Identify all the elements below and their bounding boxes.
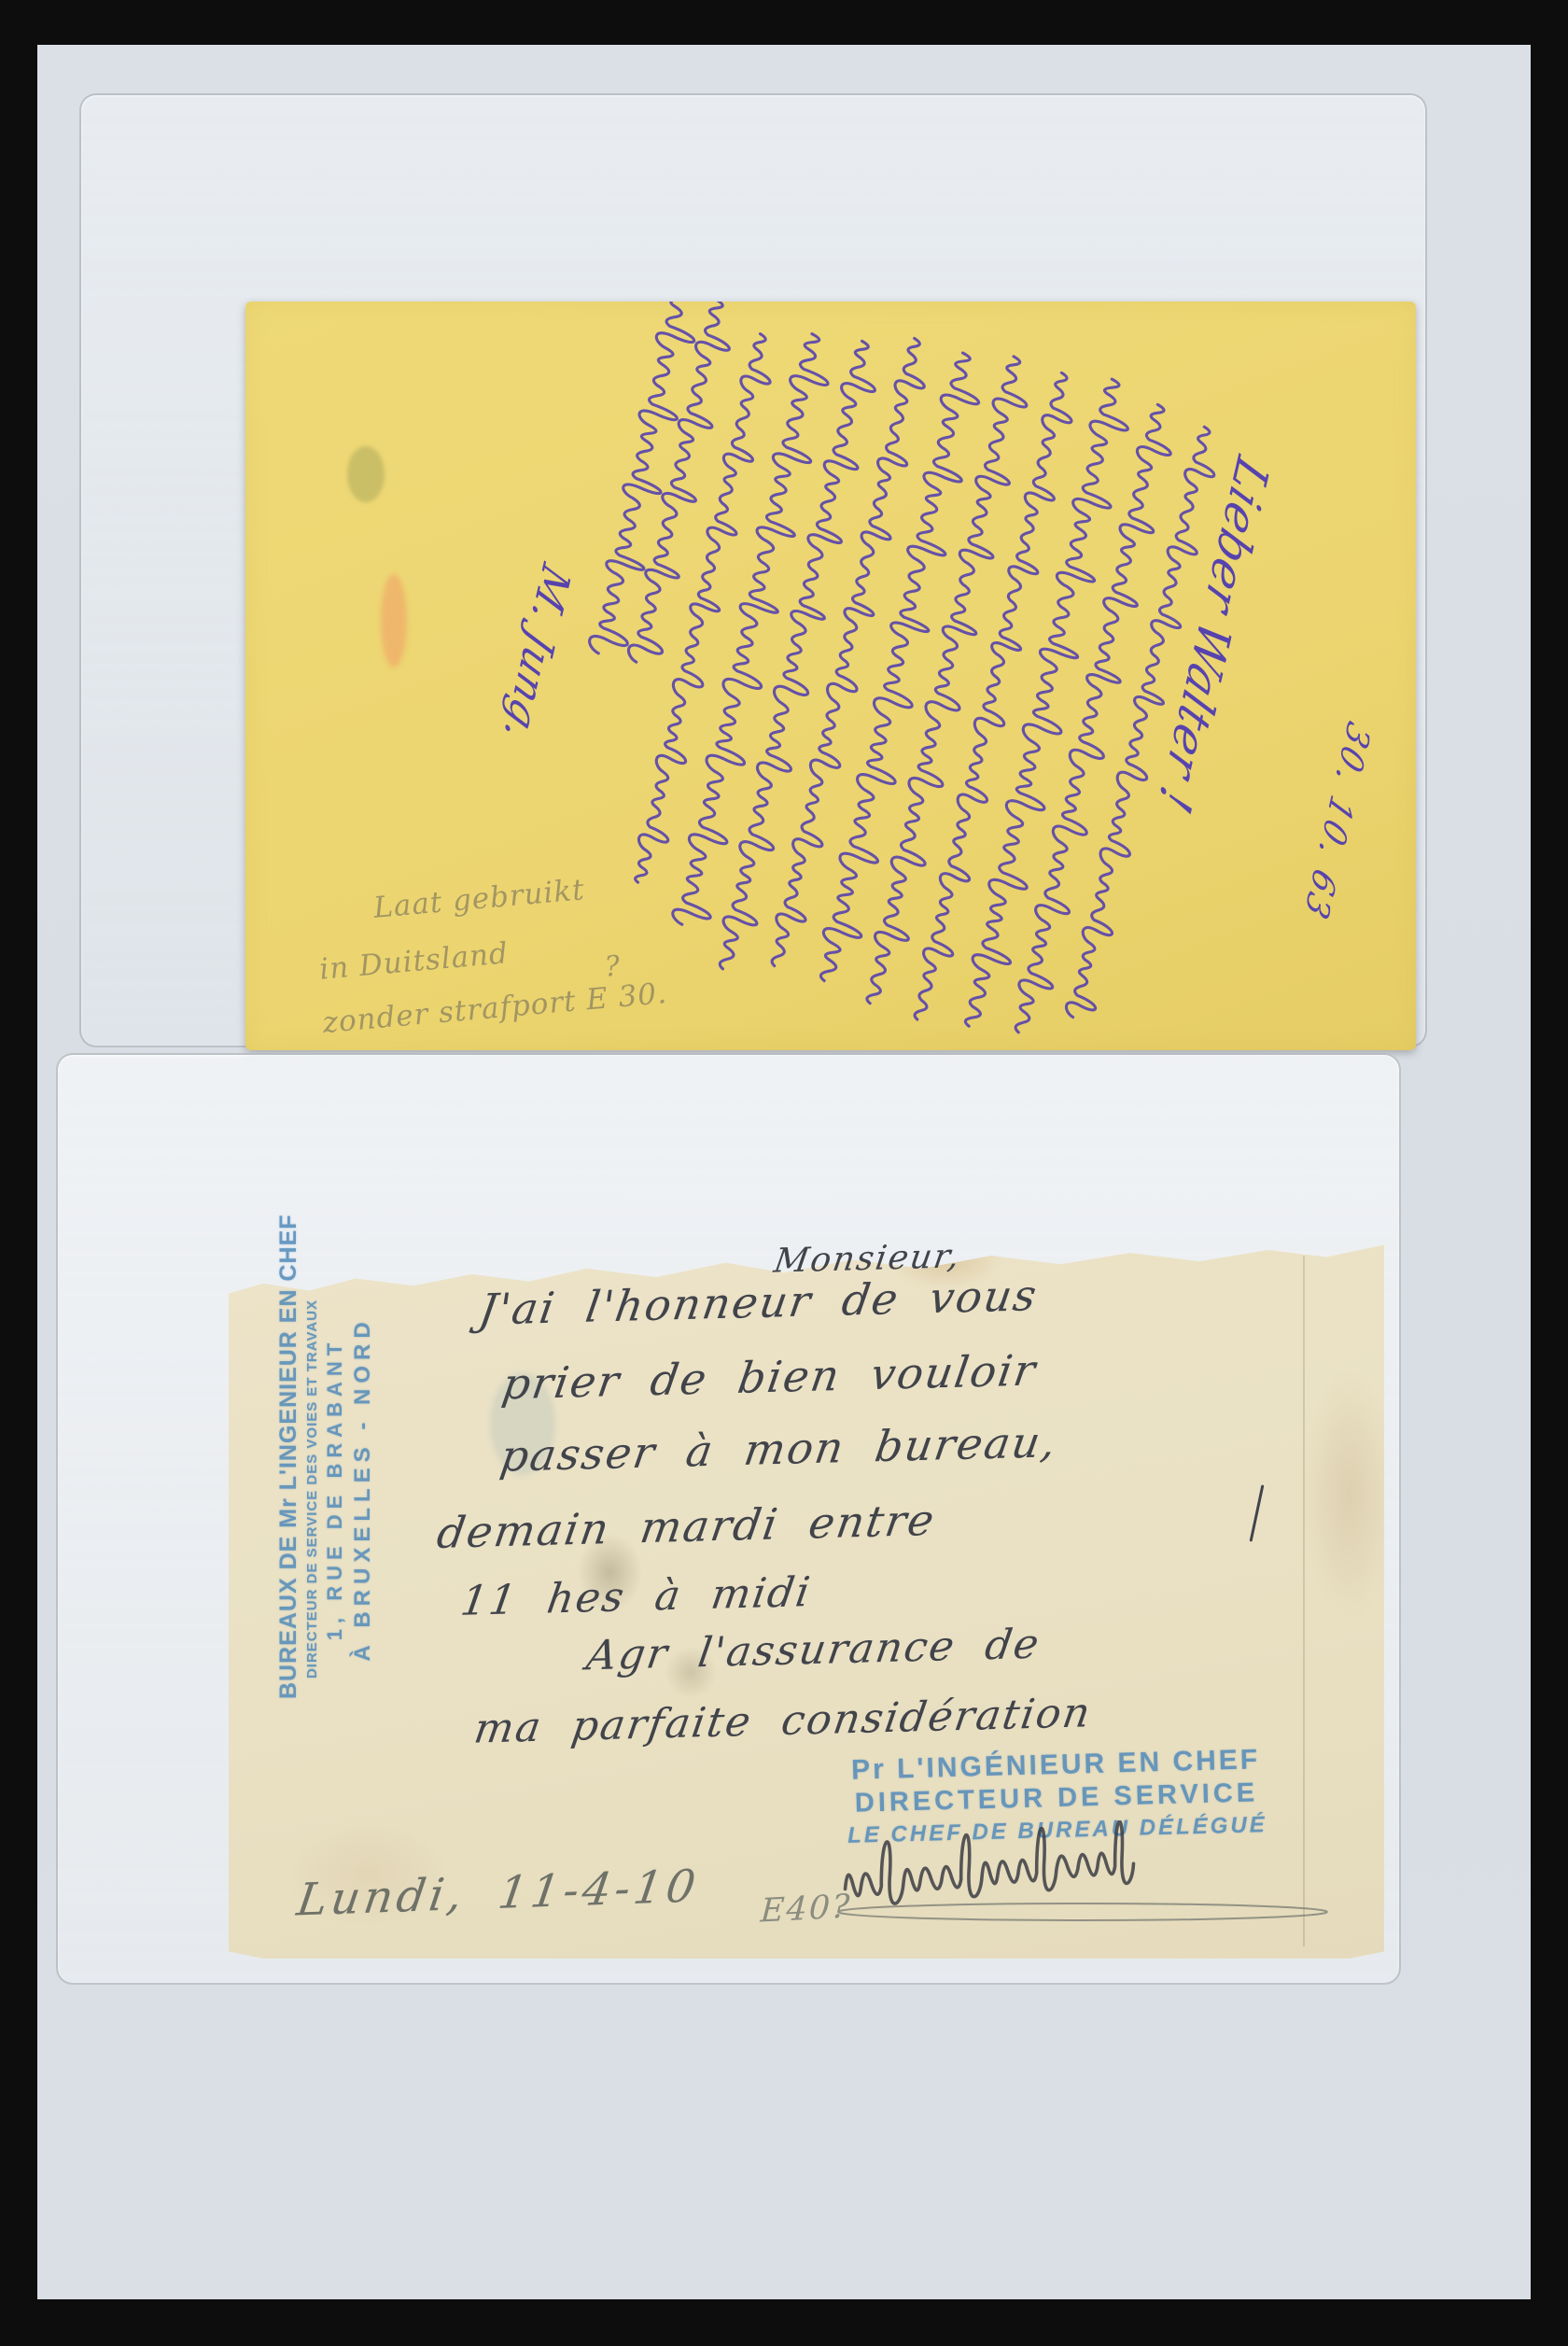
side-stamp-line2: DIRECTEUR DE SERVICE DES VOIES ET TRAVAU… xyxy=(304,1279,320,1699)
handwriting-scribbles xyxy=(245,302,1416,1050)
pencil-price: E40? xyxy=(760,1888,852,1930)
green-specks xyxy=(347,446,385,502)
side-office-stamp: BUREAUX DE Mr L'INGENIEUR EN CHEF DIRECT… xyxy=(275,1279,406,1699)
side-stamp-line1: BUREAUX DE Mr L'INGENIEUR EN CHEF xyxy=(275,1279,302,1699)
pink-smudge xyxy=(381,574,407,667)
side-stamp-line4: À BRUXELLES - NORD xyxy=(350,1279,376,1699)
message-line-5: 11 hes à midi xyxy=(457,1568,814,1625)
album-photo: Lieber Walter ! 30. 10. 63 M. Jung. Laat… xyxy=(0,0,1568,2346)
side-stamp-line3: 1, RUE DE BRABANT xyxy=(323,1279,347,1699)
pencil-note-question-mark: ? xyxy=(604,949,623,983)
signature-scribble xyxy=(803,1820,1344,1942)
